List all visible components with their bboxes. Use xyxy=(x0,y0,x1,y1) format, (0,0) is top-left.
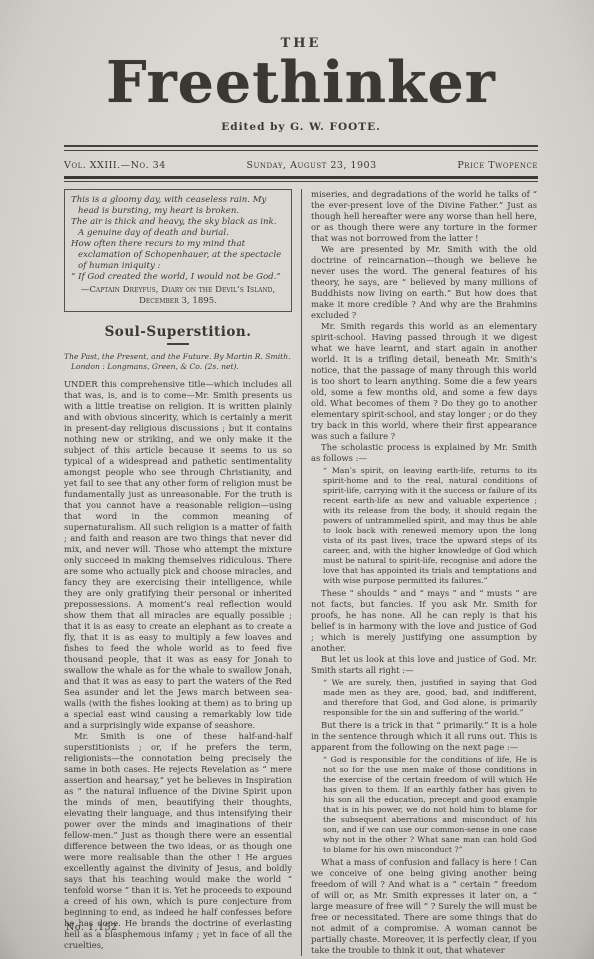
article-paragraph: These “ shoulds ” and “ mays ” and “ mus… xyxy=(311,588,537,654)
price: Price Twopence xyxy=(457,160,538,171)
book-citation: The Past, the Present, and the Future. B… xyxy=(64,352,292,371)
article-paragraph: But there is a trick in that “ primarily… xyxy=(311,720,537,753)
double-rule-bottom xyxy=(64,176,538,182)
dateline: Vol. XXIII.—No. 34 Sunday, August 23, 19… xyxy=(64,160,538,171)
article-blockquote: “ God is responsible for the conditions … xyxy=(323,755,537,855)
left-column: This is a gloomy day, with ceaseless rai… xyxy=(64,189,292,956)
epigraph-line: “ If God created the world, I would not … xyxy=(71,272,285,283)
masthead: THE Freethinker Edited by G. W. FOOTE. xyxy=(64,36,538,133)
right-column: miseries, and degradations of the world … xyxy=(301,189,537,956)
article-paragraph: We are presented by Mr. Smith with the o… xyxy=(311,244,537,321)
article-columns: This is a gloomy day, with ceaseless rai… xyxy=(64,189,538,956)
double-rule-top xyxy=(64,145,538,151)
epigraph-box: This is a gloomy day, with ceaseless rai… xyxy=(64,189,292,312)
article-paragraph: UNDER this comprehensive title—which inc… xyxy=(64,379,292,731)
issue-number-footer: No. 1,152 xyxy=(66,922,118,933)
article-paragraph: The scholastic process is explained by M… xyxy=(311,442,537,464)
masthead-title: Freethinker xyxy=(64,53,538,113)
newspaper-page: THE Freethinker Edited by G. W. FOOTE. V… xyxy=(0,0,594,959)
epigraph-line: The air is thick and heavy, the sky blac… xyxy=(71,217,285,239)
volume-number: Vol. XXIII.—No. 34 xyxy=(64,160,166,171)
article-blockquote: “ We are surely, then, justified in sayi… xyxy=(323,678,537,718)
article-paragraph: What a mass of confusion and fallacy is … xyxy=(311,857,537,956)
issue-date: Sunday, August 23, 1903 xyxy=(247,160,377,171)
article-paragraph: Mr. Smith regards this world as an eleme… xyxy=(311,321,537,442)
epigraph-line: This is a gloomy day, with ceaseless rai… xyxy=(71,195,285,217)
article-paragraph: Mr. Smith is one of these half-and-half … xyxy=(64,731,292,951)
article-paragraph: But let us look at this love and justice… xyxy=(311,654,537,676)
epigraph-attribution: —Captain Dreyfus, Diary on the Devil’s I… xyxy=(71,285,285,307)
article-title: Soul-Superstition. xyxy=(64,324,292,340)
article-blockquote: “ Man’s spirit, on leaving earth-life, r… xyxy=(323,466,537,586)
ornament-divider xyxy=(167,343,189,345)
masthead-editor-line: Edited by G. W. FOOTE. xyxy=(64,121,538,133)
article-paragraph: miseries, and degradations of the world … xyxy=(311,189,537,244)
epigraph-line: How often there recurs to my mind that e… xyxy=(71,239,285,272)
